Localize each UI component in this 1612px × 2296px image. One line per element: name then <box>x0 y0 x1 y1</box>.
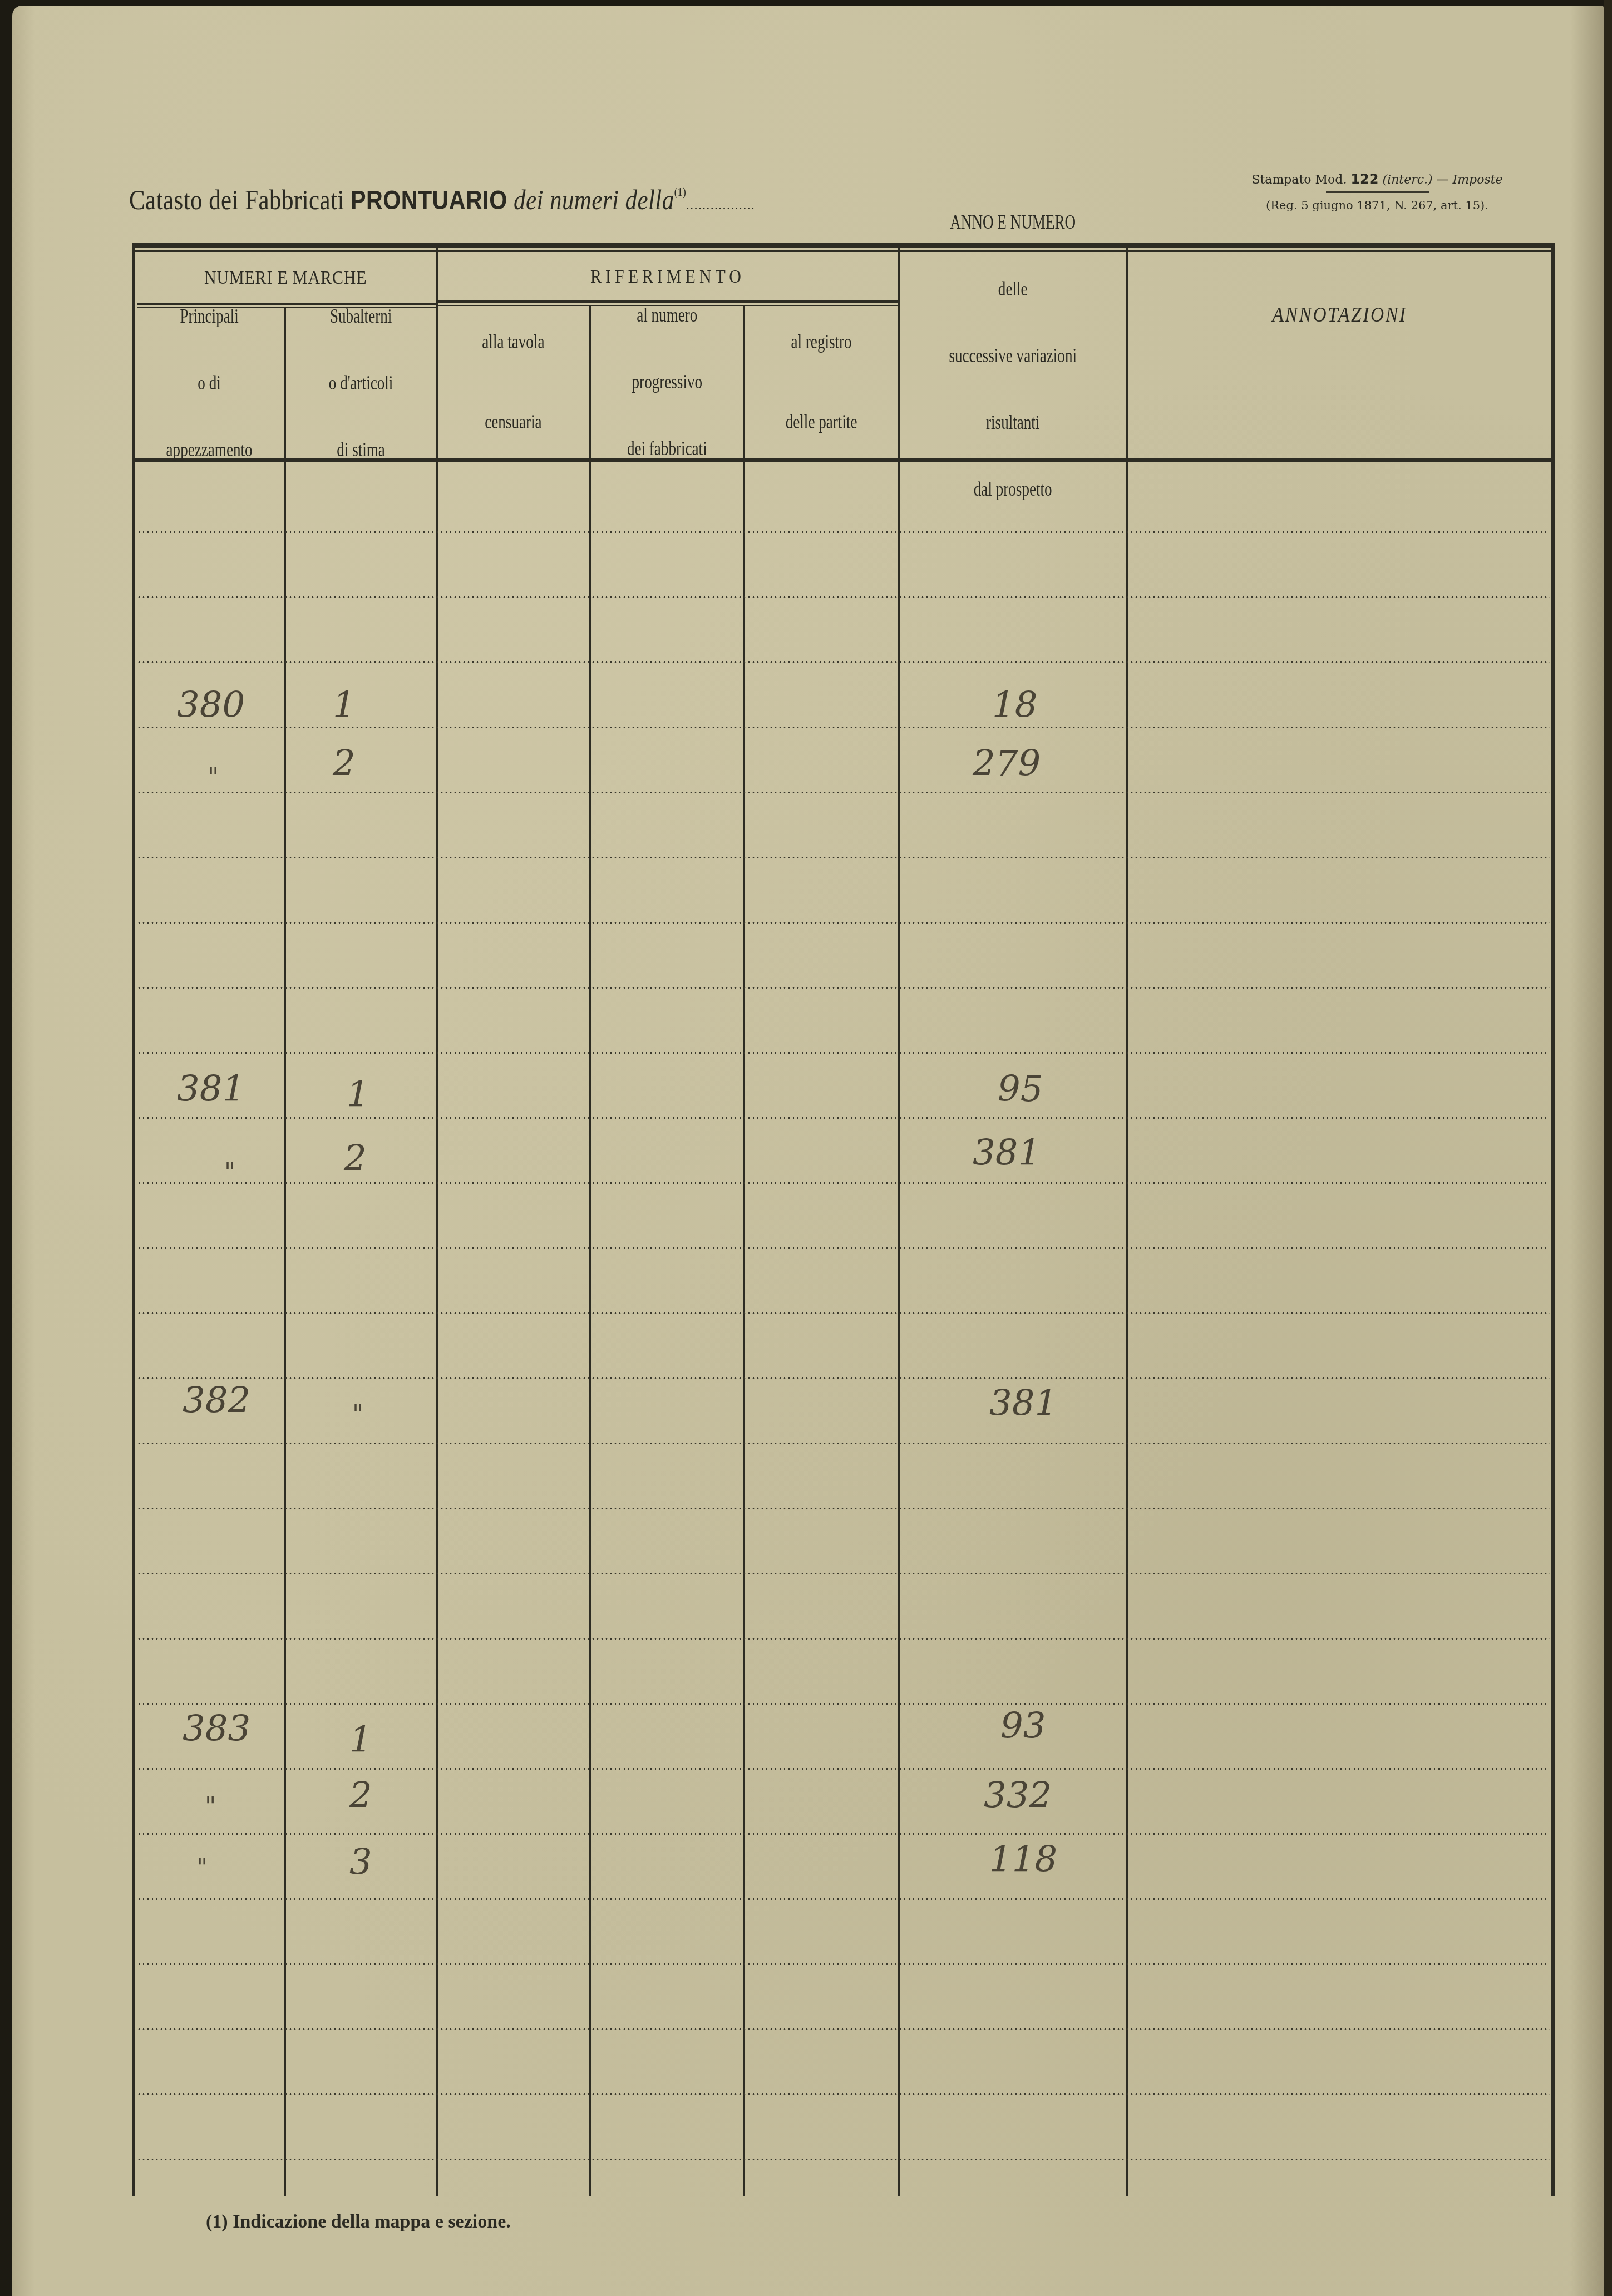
col-divider-1 <box>284 308 286 2196</box>
col-divider-3 <box>589 306 591 2196</box>
footnote-mark: (1) <box>674 186 686 199</box>
entry-3-anno: 95 <box>998 1072 1043 1107</box>
entry-8-subalterni: 3 <box>349 1845 372 1880</box>
entry-7-principali: " <box>205 1795 216 1819</box>
row-rule <box>137 1377 1550 1379</box>
row-rule <box>137 1052 1550 1054</box>
page-title: Catasto dei Fabbricati PRONTUARIO dei nu… <box>129 184 755 216</box>
col-header-principali: Principalio diappezzamento <box>135 308 284 458</box>
entry-2-anno: 279 <box>973 746 1041 782</box>
stamp-regulation: (Reg. 5 giugno 1871, N. 267, art. 15). <box>1221 199 1533 212</box>
row-rule <box>137 1833 1550 1835</box>
row-rule <box>137 1312 1550 1314</box>
entry-3-subalterni: 1 <box>347 1077 369 1113</box>
entry-4-principali: " <box>224 1161 235 1185</box>
group-header-riferimento: RIFERIMENTO <box>438 254 898 300</box>
entry-7-anno: 332 <box>984 1778 1052 1814</box>
table-top-border <box>132 243 1555 248</box>
row-rule <box>137 727 1550 728</box>
entry-2-principali: " <box>208 766 219 790</box>
col-divider-4 <box>743 306 745 2196</box>
entry-4-anno: 381 <box>973 1135 1041 1171</box>
table-top-border-inner <box>132 250 1555 252</box>
row-rule <box>137 1117 1550 1119</box>
row-rule <box>137 857 1550 858</box>
entry-6-anno: 93 <box>1000 1709 1046 1744</box>
row-rule <box>137 1182 1550 1184</box>
entry-6-subalterni: 1 <box>349 1722 372 1758</box>
col-header-tavola: alla tavolacensuaria <box>438 306 589 458</box>
entry-1-anno: 18 <box>992 688 1037 723</box>
stamp-rule <box>1326 191 1429 193</box>
title-catasto: Catasto dei Fabbricati <box>129 184 344 215</box>
col-divider-2 <box>436 243 438 2196</box>
row-rule <box>137 1898 1550 1900</box>
table-right-border <box>1551 243 1555 2196</box>
row-rule <box>137 792 1550 793</box>
col-divider-6 <box>1126 243 1128 2196</box>
col-header-numero: al numeroprogressivodei fabbricati <box>591 306 743 458</box>
register-table: NUMERI E MARCHE RIFERIMENTO Principalio … <box>132 243 1555 2196</box>
stamp-model-number: 122 <box>1350 171 1378 187</box>
col-header-registro: al registrodelle partite <box>745 306 898 458</box>
col-divider-5 <box>898 243 900 2196</box>
row-rule <box>137 1443 1550 1444</box>
row-rule <box>137 661 1550 663</box>
row-rule <box>137 1963 1550 1965</box>
row-rule <box>137 2028 1550 2030</box>
row-rule <box>137 531 1550 533</box>
row-rule <box>137 922 1550 924</box>
page-edge <box>1604 0 1612 2296</box>
row-rule <box>137 1247 1550 1249</box>
stamp-suffix: (interc.) — Imposte <box>1383 173 1503 187</box>
title-dei-numeri: dei numeri della <box>514 184 674 215</box>
footnote: (1) Indicazione della mappa e sezione. <box>206 2211 511 2233</box>
entry-5-anno: 381 <box>989 1386 1057 1421</box>
row-rule <box>137 1768 1550 1770</box>
entry-8-anno: 118 <box>989 1842 1057 1878</box>
form-stamp: Stampato Mod. 122 (interc.) — Imposte (R… <box>1221 171 1533 212</box>
row-rule <box>137 987 1550 989</box>
col-header-anno-e-numero: ANNO E NUMEROdellesuccessive variazionir… <box>900 254 1126 458</box>
group-header-numeri-e-marche: NUMERI E MARCHE <box>135 254 436 303</box>
col-header-subalterni: Subalternio d'articolidi stima <box>286 308 436 458</box>
entry-7-subalterni: 2 <box>349 1778 372 1814</box>
stamp-prefix: Stampato Mod. <box>1251 173 1347 187</box>
entry-5-principali: 382 <box>183 1383 250 1419</box>
row-rule <box>137 596 1550 598</box>
row-rule <box>137 1573 1550 1574</box>
entry-5-subalterni: " <box>352 1403 363 1427</box>
row-rule <box>137 1638 1550 1640</box>
title-blank-field: ................. <box>686 196 755 213</box>
entry-2-subalterni: 2 <box>333 746 356 782</box>
title-prontuario: PRONTUARIO <box>351 186 507 215</box>
row-rule <box>137 1508 1550 1509</box>
entry-3-principali: 381 <box>177 1072 245 1107</box>
table-left-border <box>132 243 135 2196</box>
entry-8-principali: " <box>196 1856 208 1880</box>
col-header-annotazioni: ANNOTAZIONI <box>1128 254 1551 376</box>
entry-1-subalterni: 1 <box>333 688 356 723</box>
entry-1-principali: 380 <box>177 688 245 723</box>
entry-4-subalterni: 2 <box>344 1141 367 1177</box>
row-rule <box>137 2093 1550 2095</box>
row-rule <box>137 1703 1550 1705</box>
row-rule <box>137 2159 1550 2160</box>
entry-6-principali: 383 <box>183 1711 250 1747</box>
